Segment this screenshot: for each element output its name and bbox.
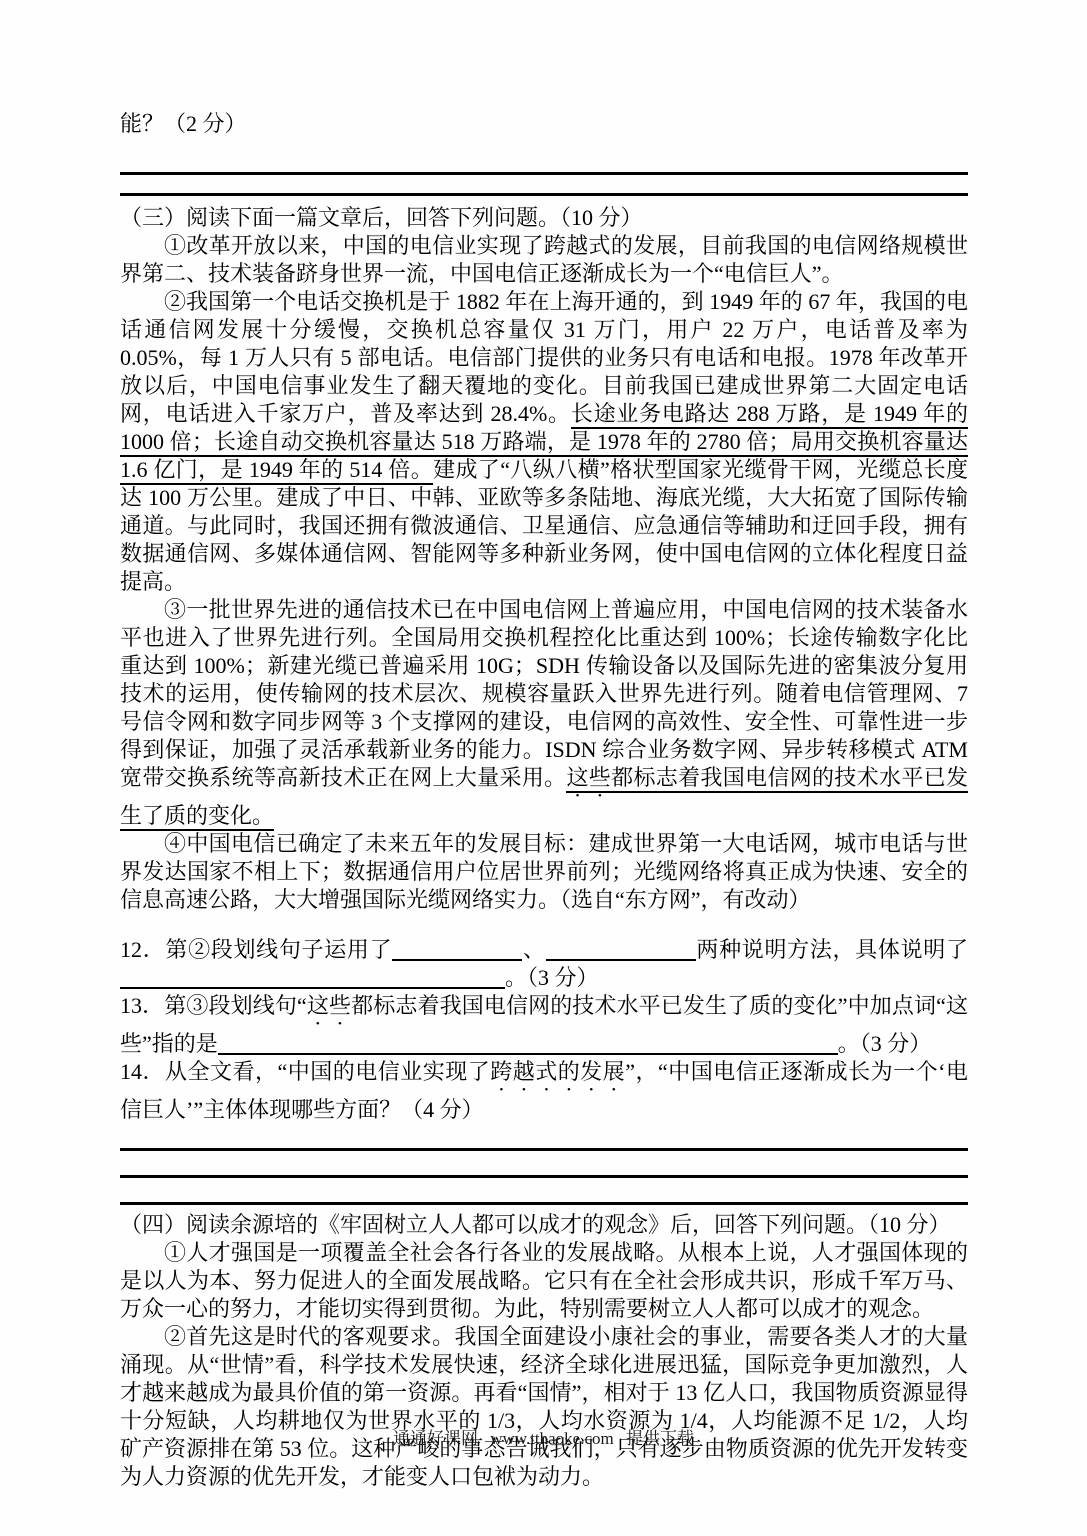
emphasized-word: 跨越式的发展 xyxy=(490,1059,625,1084)
section-divider-line xyxy=(120,172,968,175)
question-text: 14．从全文看，“中国的电信业实现了 xyxy=(120,1059,490,1084)
emphasized-word: 这些 xyxy=(566,765,611,790)
answer-line xyxy=(120,1175,968,1178)
question-text: 12．第②段划线句子运用了 xyxy=(120,937,392,962)
section-three-paragraph-3: ③一批世界先进的通信技术已在中国电信网上普遍应用，中国电信网的技术装备水平也进入… xyxy=(120,596,968,830)
question-text: 。（3 分） xyxy=(838,1031,932,1056)
answer-blank xyxy=(120,987,505,989)
section-divider-line xyxy=(120,193,968,196)
section-four-paragraph-1: ①人才强国是一项覆盖全社会各行各业的发展战略。从根本上说，人才强国体现的是以人为… xyxy=(120,1239,968,1323)
answer-line xyxy=(120,1202,968,1205)
paragraph-text: ②首先这是时代的客观要求。我国全面建设小康社会的事业，需要各类人才的大量涌现。从… xyxy=(120,1324,968,1489)
question-13: 13．第③段划线句“这些都标志着我国电信网的技术水平已发生了质的变化”中加点词“… xyxy=(120,992,968,1058)
answer-blank xyxy=(392,959,522,961)
section-three-paragraph-4: ④中国电信已确定了未来五年的发展目标：建成世界第一大电话网，城市电话与世界发达国… xyxy=(120,830,968,914)
exam-page: 能？（2 分） （三）阅读下面一篇文章后，回答下列问题。（10 分） ①改革开放… xyxy=(0,0,1087,1536)
emphasized-word: 这些 xyxy=(307,993,351,1018)
answer-blank xyxy=(218,1053,838,1055)
answer-blank xyxy=(546,959,696,961)
question-text: 、 xyxy=(522,937,545,962)
question-text: 13．第③段划线句“ xyxy=(120,993,307,1018)
answer-line xyxy=(120,1148,968,1151)
paragraph-text: ①改革开放以来，中国的电信业实现了跨越式的发展，目前我国的电信网络规模世界第二、… xyxy=(120,233,968,286)
paragraph-text: ③一批世界先进的通信技术已在中国电信网上普遍应用，中国电信网的技术装备水平也进入… xyxy=(120,597,968,790)
paragraph-text: ①人才强国是一项覆盖全社会各行各业的发展战略。从根本上说，人才强国体现的是以人为… xyxy=(120,1240,968,1321)
question-14: 14．从全文看，“中国的电信业实现了跨越式的发展”，“中国电信正逐渐成长为一个‘… xyxy=(120,1058,968,1124)
question-text: 。（3 分） xyxy=(505,965,599,990)
paragraph-text: ④中国电信已确定了未来五年的发展目标：建成世界第一大电话网，城市电话与世界发达国… xyxy=(120,831,968,912)
previous-question-tail: 能？（2 分） xyxy=(120,110,968,138)
section-three-header: （三）阅读下面一篇文章后，回答下列问题。（10 分） xyxy=(120,204,968,232)
section-four-paragraph-2: ②首先这是时代的客观要求。我国全面建设小康社会的事业，需要各类人才的大量涌现。从… xyxy=(120,1323,968,1491)
page-body: 能？（2 分） （三）阅读下面一篇文章后，回答下列问题。（10 分） ①改革开放… xyxy=(120,0,968,1491)
question-12: 12．第②段划线句子运用了、两种说明方法，具体说明了。（3 分） xyxy=(120,936,968,992)
section-three-paragraph-1: ①改革开放以来，中国的电信业实现了跨越式的发展，目前我国的电信网络规模世界第二、… xyxy=(120,232,968,288)
section-four-header: （四）阅读余源培的《牢固树立人人都可以成才的观念》后，回答下列问题。（10 分） xyxy=(120,1211,968,1239)
question-text: 两种说明方法，具体说明了 xyxy=(696,937,968,962)
section-three-paragraph-2: ②我国第一个电话交换机是于 1882 年在上海开通的，到 1949 年的 67 … xyxy=(120,288,968,596)
footer-credit: 通通好课网 www.tthaoke.com 提供下载 xyxy=(0,1424,1087,1449)
